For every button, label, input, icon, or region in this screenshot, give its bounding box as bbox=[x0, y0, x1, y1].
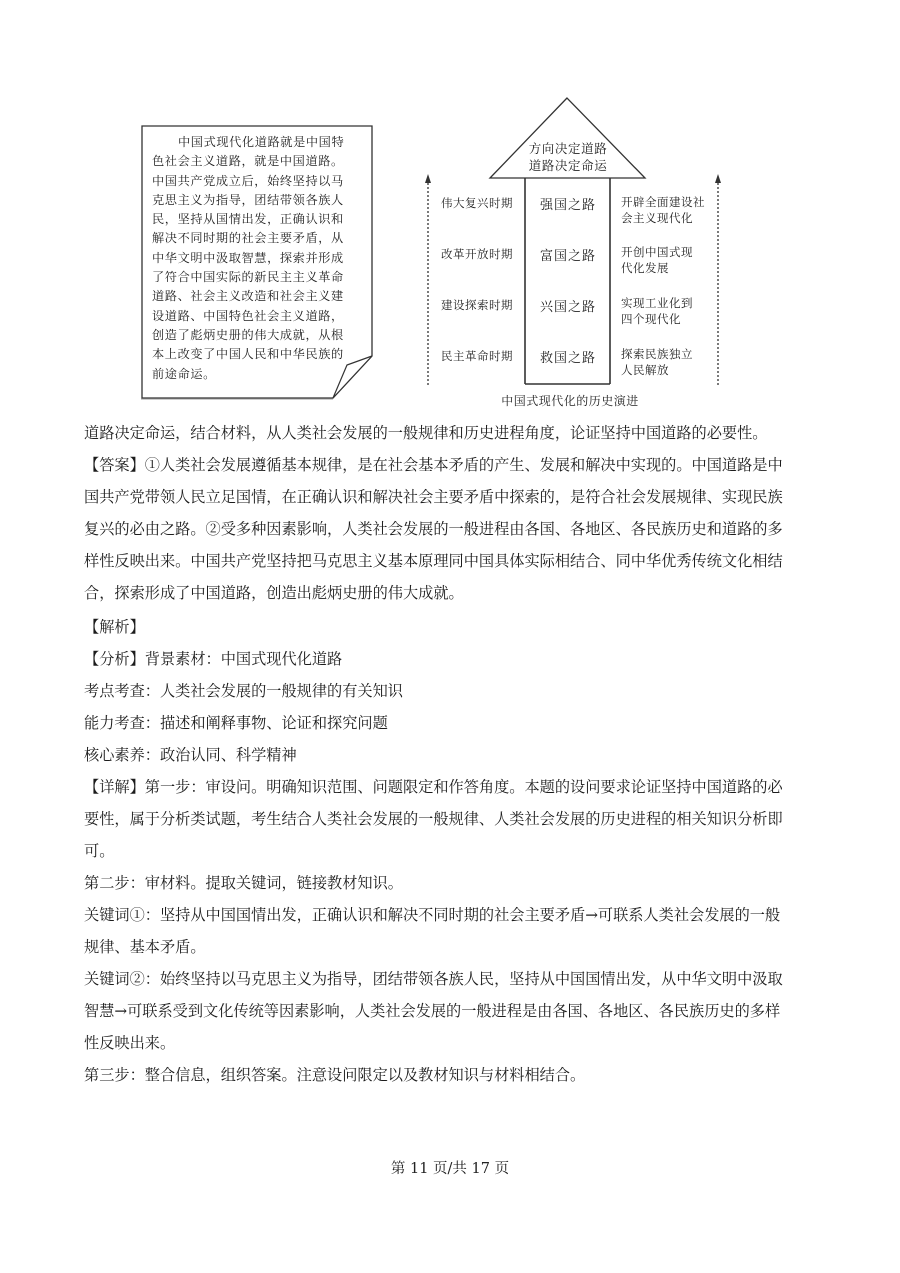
material-line: 设道路、中国特色社会主义道路， bbox=[152, 307, 367, 326]
road-label: 强国之路 bbox=[526, 194, 610, 213]
detail-line: 第三步：整合信息，组织答案。注意设问限定以及教材知识与材料相结合。 bbox=[84, 1059, 820, 1091]
period-label: 改革开放时期 bbox=[441, 246, 513, 262]
material-line: 创造了彪炳史册的伟大成就，从根 bbox=[152, 326, 367, 345]
material-line: 克思主义为指导，团结带领各族人 bbox=[152, 191, 367, 210]
period-label: 伟大复兴时期 bbox=[441, 195, 513, 211]
detail-line: 性反映出来。 bbox=[84, 1027, 820, 1059]
road-label: 富国之路 bbox=[526, 245, 610, 264]
detail-line: 关键词①：坚持从中国国情出发，正确认识和解决不同时期的社会主要矛盾→可联系人类社… bbox=[84, 899, 820, 931]
material-line: 道路、社会主义改造和社会主义建 bbox=[152, 287, 367, 306]
period-label: 民主革命时期 bbox=[441, 348, 513, 364]
analysis-heading: 【解析】 bbox=[84, 611, 820, 643]
road-label: 救国之路 bbox=[526, 347, 610, 366]
answer-section: 【答案】①人类社会发展遵循基本规律，是在社会基本矛盾的产生、发展和解决中实现的。… bbox=[84, 449, 820, 609]
detail-line: 可。 bbox=[84, 835, 820, 867]
page-number: 第 11 页/共 17 页 bbox=[0, 1157, 900, 1178]
period-description: 探索民族独立 人民解放 bbox=[621, 346, 713, 378]
analysis-item: 考点考查：人类社会发展的一般规律的有关知识 bbox=[84, 675, 820, 707]
material-line: 解决不同时期的社会主要矛盾，从 bbox=[152, 229, 367, 248]
diagram-caption: 中国式现代化的历史演进 bbox=[470, 392, 670, 409]
answer-line: 国共产党带领人民立足国情，在正确认识和解决社会主要矛盾中探索的，是符合社会发展规… bbox=[84, 481, 820, 513]
material-line: 本上改变了中国人民和中华民族的 bbox=[152, 345, 367, 364]
analysis-item: 能力考查：描述和阐释事物、论证和探究问题 bbox=[84, 707, 820, 739]
material-line: 中华文明中汲取智慧，探索并形成 bbox=[152, 249, 367, 268]
detail-line: 智慧→可联系受到文化传统等因素影响，人类社会发展的一般进程是由各国、各地区、各民… bbox=[84, 995, 820, 1027]
period-label: 建设探索时期 bbox=[441, 297, 513, 313]
material-line: 中国式现代化道路就是中国特 bbox=[178, 135, 344, 149]
material-line: 色社会主义道路，就是中国道路。 bbox=[152, 152, 367, 171]
answer-line: 合，探索形成了中国道路，创造出彪炳史册的伟大成就。 bbox=[84, 577, 820, 609]
period-description: 实现工业化到 四个现代化 bbox=[621, 295, 713, 327]
answer-line: 样性反映出来。中国共产党坚持把马克思主义基本原理同中国具体实际相结合、同中华优秀… bbox=[84, 545, 820, 577]
material-line: 了符合中国实际的新民主主义革命 bbox=[152, 268, 367, 287]
analysis-section: 【解析】 【分析】背景素材：中国式现代化道路 考点考查：人类社会发展的一般规律的… bbox=[84, 611, 820, 1091]
material-line: 中国共产党成立后，始终坚持以马 bbox=[152, 172, 367, 191]
material-line: 前途命运。 bbox=[152, 365, 367, 384]
road-label: 兴国之路 bbox=[526, 296, 610, 315]
roof-line: 方向决定道路 bbox=[520, 140, 616, 157]
detail-line: 要性，属于分析类试题，考生结合人类社会发展的一般规律、人类社会发展的历史进程的相… bbox=[84, 803, 820, 835]
analysis-item: 核心素养：政治认同、科学精神 bbox=[84, 739, 820, 771]
analysis-item: 【分析】背景素材：中国式现代化道路 bbox=[84, 643, 820, 675]
detail-line: 规律、基本矛盾。 bbox=[84, 931, 820, 963]
period-description: 开创中国式现 代化发展 bbox=[621, 244, 713, 276]
question-text: 道路决定命运，结合材料，从人类社会发展的一般规律和历史进程角度，论证坚持中国道路… bbox=[84, 417, 820, 449]
period-description: 开辟全面建设社 会主义现代化 bbox=[621, 194, 713, 226]
detail-line: 关键词②：始终坚持以马克思主义为指导，团结带领各族人民，坚持从中国国情出发，从中… bbox=[84, 963, 820, 995]
roof-line: 道路决定命运 bbox=[520, 157, 616, 174]
material-text: 中国式现代化道路就是中国特 色社会主义道路，就是中国道路。 中国共产党成立后，始… bbox=[152, 133, 367, 384]
detail-line: 【详解】第一步：审设问。明确知识范围、问题限定和作答角度。本题的设问要求论证坚持… bbox=[84, 771, 820, 803]
answer-line: 【答案】①人类社会发展遵循基本规律，是在社会基本矛盾的产生、发展和解决中实现的。… bbox=[84, 449, 820, 481]
material-line: 民，坚持从国情出发，正确认识和 bbox=[152, 210, 367, 229]
answer-line: 复兴的必由之路。②受多种因素影响，人类社会发展的一般进程由各国、各地区、各民族历… bbox=[84, 513, 820, 545]
detail-line: 第二步：审材料。提取关键词，链接教材知识。 bbox=[84, 867, 820, 899]
